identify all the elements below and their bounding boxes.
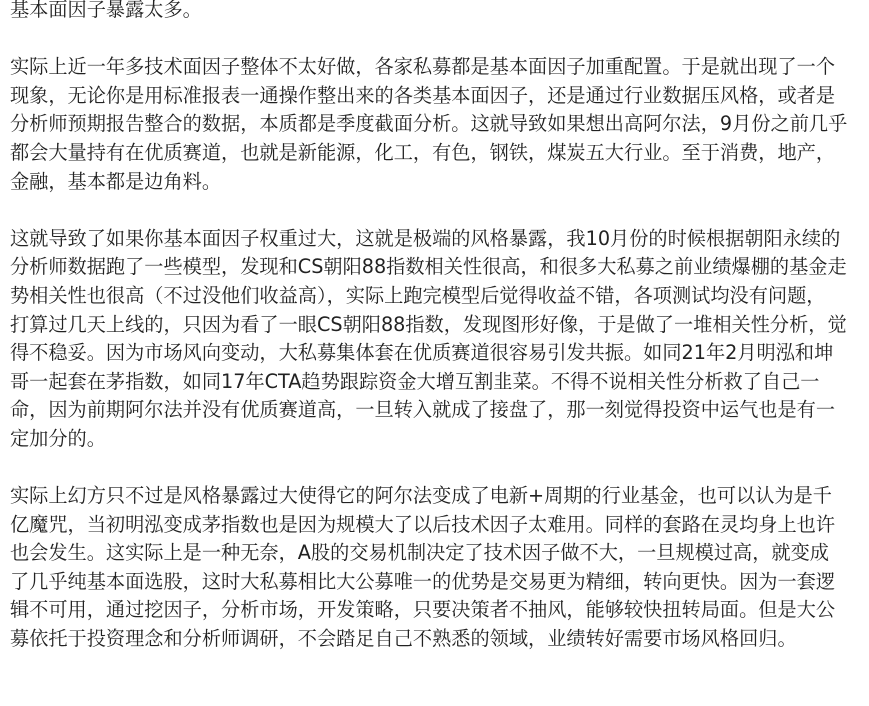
text-line: 了几乎纯基本面选股，这时大私募相比大公募唯一的优势是交易更为精细，转向更快。因为… <box>10 568 862 597</box>
text-line: 募依托于投资理念和分析师调研，不会踏足自己不熟悉的领域，业绩转好需要市场风格回归… <box>10 625 862 654</box>
text-line: 现象，无论你是用标准报表一通操作整出来的各类基本面因子，还是通过行业数据压风格，… <box>10 82 862 111</box>
paragraph-2: 实际上近一年多技术面因子整体不太好做，各家私募都是基本面因子加重配置。于是就出现… <box>10 53 862 196</box>
text-line: 哥一起套在茅指数，如同17年CTA趋势跟踪资金大增互割韭菜。不得不说相关性分析救… <box>10 368 862 397</box>
text-line: 势相关性也很高（不过没他们收益高），实际上跑完模型后觉得收益不错，各项测试均没有… <box>10 282 862 311</box>
text-line: 实际上幻方只不过是风格暴露过大使得它的阿尔法变成了电新+周期的行业基金，也可以认… <box>10 482 862 511</box>
text-line: 实际上近一年多技术面因子整体不太好做，各家私募都是基本面因子加重配置。于是就出现… <box>10 53 862 82</box>
text-line: 定加分的。 <box>10 425 862 454</box>
paragraph-3: 这就导致了如果你基本面因子权重过大，这就是极端的风格暴露，我10月份的时候根据朝… <box>10 225 862 454</box>
text-line: 打算过几天上线的，只因为看了一眼CS朝阳88指数，发现图形好像，于是做了一堆相关… <box>10 311 862 340</box>
text-line: 也会发生。这实际上是一种无奈，A股的交易机制决定了技术因子做不大，一旦规模过高，… <box>10 539 862 568</box>
text-line: 得不稳妥。因为市场风向变动，大私募集体套在优质赛道很容易引发共振。如同21年2月… <box>10 339 862 368</box>
text-line: 这就导致了如果你基本面因子权重过大，这就是极端的风格暴露，我10月份的时候根据朝… <box>10 225 862 254</box>
paragraph-4: 实际上幻方只不过是风格暴露过大使得它的阿尔法变成了电新+周期的行业基金，也可以认… <box>10 482 862 654</box>
text-line: 命，因为前期阿尔法并没有优质赛道高，一旦转入就成了接盘了，那一刻觉得投资中运气也… <box>10 396 862 425</box>
paragraph-1: 基本面因子暴露太多。 <box>10 0 862 25</box>
text-line: 辑不可用，通过挖因子，分析市场，开发策略，只要决策者不抽风，能够较快扭转局面。但… <box>10 596 862 625</box>
text-line: 金融，基本都是边角料。 <box>10 168 862 197</box>
text-line: 分析师预期报告整合的数据，本质都是季度截面分析。这就导致如果想出高阿尔法，9月份… <box>10 110 862 139</box>
text-line: 亿魔咒，当初明泓变成茅指数也是因为规模大了以后技术因子太难用。同样的套路在灵均身… <box>10 511 862 540</box>
article-body: 基本面因子暴露太多。 实际上近一年多技术面因子整体不太好做，各家私募都是基本面因… <box>10 0 862 682</box>
text-line: 分析师数据跑了一些模型，发现和CS朝阳88指数相关性很高，和很多大私募之前业绩爆… <box>10 253 862 282</box>
text-line: 都会大量持有在优质赛道，也就是新能源，化工，有色，钢铁，煤炭五大行业。至于消费，… <box>10 139 862 168</box>
text-line: 基本面因子暴露太多。 <box>10 0 862 25</box>
